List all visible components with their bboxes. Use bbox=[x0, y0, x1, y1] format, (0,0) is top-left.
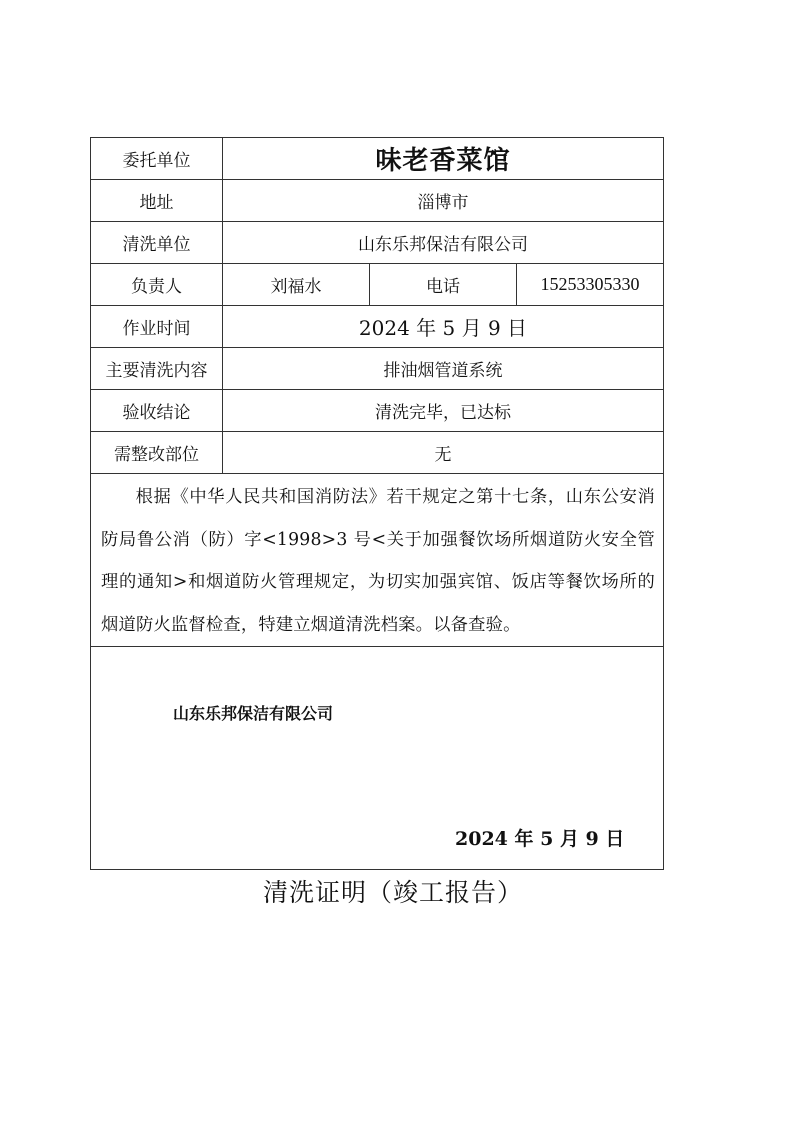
table-row-cleaning-company: 清洗单位 山东乐邦保洁有限公司 bbox=[91, 222, 664, 264]
address-value: 淄博市 bbox=[223, 180, 664, 222]
person-in-charge-value: 刘福水 bbox=[223, 264, 370, 306]
document-title: 清洗证明（竣工报告） bbox=[0, 873, 786, 909]
acceptance-label: 验收结论 bbox=[91, 390, 223, 432]
table-row-rectification: 需整改部位 无 bbox=[91, 432, 664, 474]
work-time-value: 2024 年 5 月 9 日 bbox=[223, 306, 664, 348]
legal-basis-cell: 根据《中华人民共和国消防法》若干规定之第十七条，山东公安消防局鲁公消（防）字<1… bbox=[91, 474, 664, 647]
cleaning-company-value: 山东乐邦保洁有限公司 bbox=[223, 222, 664, 264]
table-row-client: 委托单位 味老香菜馆 bbox=[91, 138, 664, 180]
table-row-work-time: 作业时间 2024 年 5 月 9 日 bbox=[91, 306, 664, 348]
signature-company: 山东乐邦保洁有限公司 bbox=[173, 701, 333, 724]
legal-basis-paragraph: 根据《中华人民共和国消防法》若干规定之第十七条，山东公安消防局鲁公消（防）字<1… bbox=[101, 476, 655, 646]
acceptance-value: 清洗完毕，已达标 bbox=[223, 390, 664, 432]
rectification-label: 需整改部位 bbox=[91, 432, 223, 474]
main-content-value: 排油烟管道系统 bbox=[223, 348, 664, 390]
cleaning-record-table: 委托单位 味老香菜馆 地址 淄博市 清洗单位 山东乐邦保洁有限公司 负责人 刘福… bbox=[90, 137, 664, 870]
work-time-label: 作业时间 bbox=[91, 306, 223, 348]
cleaning-company-label: 清洗单位 bbox=[91, 222, 223, 264]
table-row-address: 地址 淄博市 bbox=[91, 180, 664, 222]
table-row-paragraph: 根据《中华人民共和国消防法》若干规定之第十七条，山东公安消防局鲁公消（防）字<1… bbox=[91, 474, 664, 647]
client-label: 委托单位 bbox=[91, 138, 223, 180]
signature-date: 2024 年 5 月 9 日 bbox=[455, 824, 624, 851]
signature-cell: 山东乐邦保洁有限公司 2024 年 5 月 9 日 bbox=[91, 647, 664, 870]
phone-value: 15253305330 bbox=[517, 264, 664, 306]
client-name: 味老香菜馆 bbox=[223, 138, 664, 180]
address-label: 地址 bbox=[91, 180, 223, 222]
main-content-label: 主要清洗内容 bbox=[91, 348, 223, 390]
person-in-charge-label: 负责人 bbox=[91, 264, 223, 306]
phone-label: 电话 bbox=[370, 264, 517, 306]
table-row-signature: 山东乐邦保洁有限公司 2024 年 5 月 9 日 bbox=[91, 647, 664, 870]
table-row-main-content: 主要清洗内容 排油烟管道系统 bbox=[91, 348, 664, 390]
rectification-value: 无 bbox=[223, 432, 664, 474]
table-row-acceptance: 验收结论 清洗完毕，已达标 bbox=[91, 390, 664, 432]
table-row-person-in-charge: 负责人 刘福水 电话 15253305330 bbox=[91, 264, 664, 306]
